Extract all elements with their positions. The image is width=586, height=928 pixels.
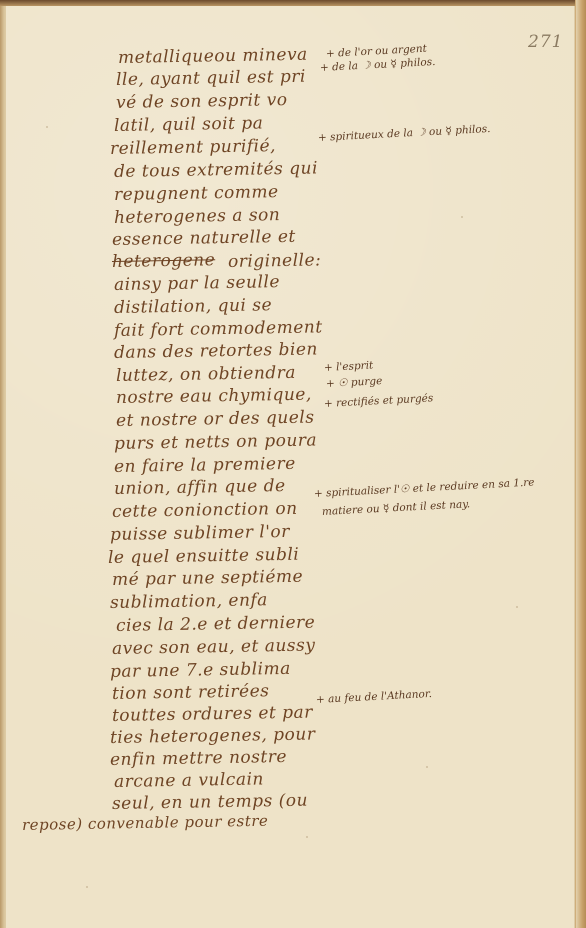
text-line: reillement purifié, [110,136,276,159]
text-line: sublimation, enfa [110,590,268,613]
text-line: avec son eau, et aussy [112,635,316,659]
text-line: essence naturelle et [112,227,296,250]
struck-text: heterogene [112,250,216,272]
text-line: seul, en un temps (ou [112,791,308,814]
marginal-note: + l'esprit [324,359,374,374]
text-line: et nostre or des quels [116,408,315,431]
text-line: dans des retortes bien [114,339,318,363]
text-line: ties heterogenes, pour [110,724,316,748]
text-line: cies la 2.e et derniere [116,613,316,636]
text-line: lle, ayant quil est pri [116,67,306,90]
text-line: purs et netts on poura [114,430,317,454]
text-line: arcane a vulcain [114,769,264,792]
text-line: touttes ordures et par [112,702,313,726]
text-line: union, affin que de [114,476,286,499]
text-line: originelle: [228,250,322,272]
text-line: heterogenes a son [114,205,281,228]
text-line: luttez, on obtiendra [116,363,296,386]
text-line: nostre eau chymique, [116,385,312,408]
text-line: distilation, qui se [114,295,272,318]
text-line: fait fort commodement [114,317,323,341]
text-line: le quel ensuitte subli [108,545,300,568]
text-line: ainsy par la seulle [114,272,280,295]
manuscript-scan: 271 metalliqueou mineva lle, ayant quil … [0,0,586,928]
marginal-note: + spiritueux de la ☽ ou ☿ philos. [318,123,491,144]
marginal-note: + spiritualiser l'☉ et le reduire en sa … [314,476,535,500]
text-line: en faire la premiere [114,454,296,477]
text-line: cette conionction on [112,499,298,522]
text-line: enfin mettre nostre [110,747,287,770]
manuscript-page: 271 metalliqueou mineva lle, ayant quil … [6,6,574,928]
page-right-edge [575,0,586,928]
text-line: tion sont retirées [112,681,270,704]
text-line: mé par une septiéme [112,567,303,590]
text-line: vé de son esprit vo [116,90,288,113]
marginal-note: + rectifiés et purgés [324,392,434,410]
text-line: repugnent comme [114,182,279,205]
text-line: latil, quil soit pa [114,113,264,136]
text-line: repose) convenable pour estre [22,812,269,834]
marginal-note: matiere ou ☿ dont il est nay. [322,498,471,518]
page-number: 271 [528,32,563,52]
text-line: par une 7.e sublima [110,659,291,682]
text-line: metalliqueou mineva [118,45,308,68]
marginal-note: + au feu de l'Athanor. [316,688,433,706]
text-line: de tous extremités qui [114,158,318,182]
text-line: puisse sublimer l'or [110,522,290,545]
marginal-note: + ☉ purge [326,375,383,390]
